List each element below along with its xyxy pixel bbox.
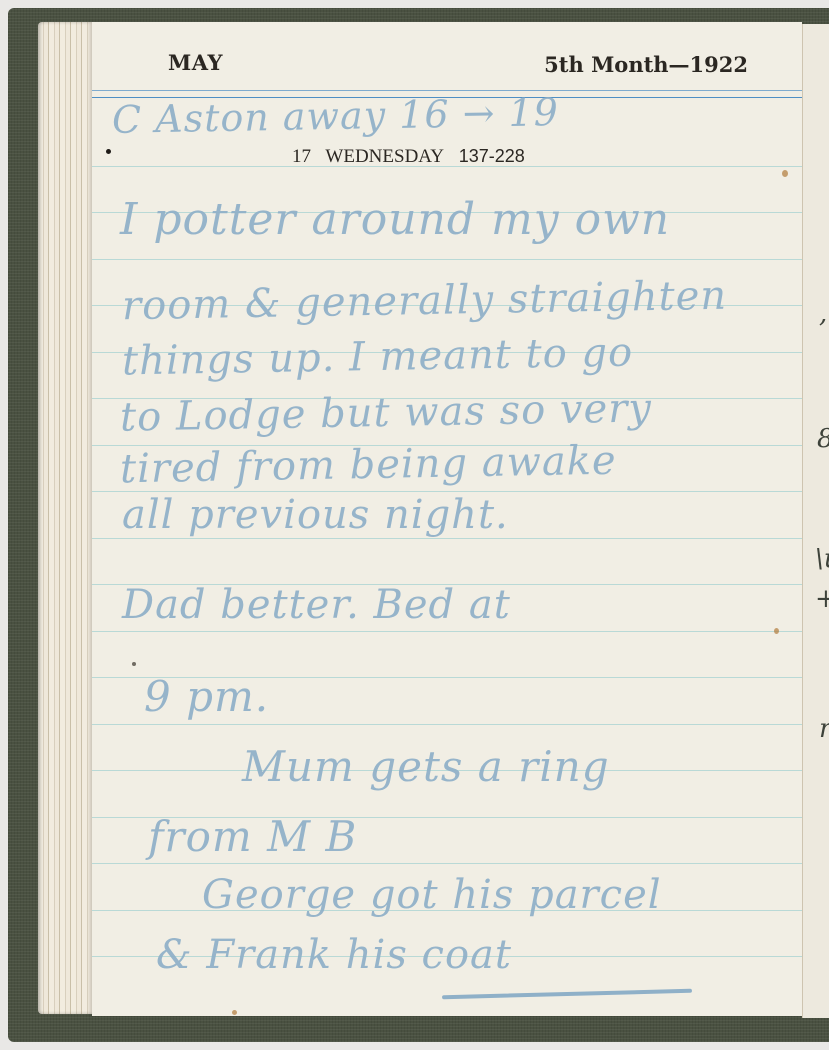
handwritten-line: 9 pm.: [144, 672, 269, 721]
foxing-spot: [232, 1010, 237, 1015]
handwritten-line: tired from being awake: [120, 438, 617, 493]
day-heading: 17 WEDNESDAY 137-228: [292, 146, 535, 168]
handwritten-line: to Lodge but was so very: [120, 385, 653, 440]
day-weekday: WEDNESDAY: [325, 146, 444, 167]
handwritten-line: all previous night.: [122, 492, 509, 538]
handwritten-line: from M B: [148, 812, 357, 861]
day-of-year-range: 137-228: [459, 146, 525, 166]
handwritten-line: C Aston away 16 → 19: [112, 90, 560, 142]
day-number: 17: [292, 146, 311, 167]
next-page-handwriting: \u2014: [815, 544, 829, 574]
handwritten-line: things up. I meant to go: [122, 330, 634, 385]
bullet-dot: [106, 149, 111, 154]
handwritten-underline: [442, 989, 692, 1000]
ruled-line: [92, 538, 802, 539]
foxing-spot: [774, 628, 779, 634]
ruled-line: [92, 259, 802, 260]
next-page-handwriting: 8: [817, 424, 829, 454]
handwritten-line: room & generally straighten: [122, 273, 728, 330]
foxing-spot: [782, 170, 788, 177]
handwritten-line: George got his parcel: [202, 872, 662, 918]
month-info: 5th Month—1922: [544, 52, 748, 77]
handwritten-line: & Frank his coat: [156, 932, 512, 978]
ruled-line: [92, 724, 802, 725]
header-rule: [92, 90, 802, 91]
handwritten-line: I potter around my own: [120, 194, 670, 245]
ruled-line: [92, 166, 802, 167]
diary-page: MAY 5th Month—1922 17 WEDNESDAY 137-228 …: [92, 22, 802, 1016]
ruled-line: [92, 863, 802, 864]
next-page-handwriting: r: [819, 714, 829, 744]
month-label: MAY: [168, 50, 223, 75]
foxing-spot: [132, 662, 136, 666]
next-page-handwriting: +: [815, 584, 829, 614]
ruled-line: [92, 631, 802, 632]
next-page-handwriting: ,: [819, 299, 827, 329]
handwritten-line: Dad better. Bed at: [122, 582, 511, 628]
next-page-edge: , 8 \u2014 + r: [802, 24, 829, 1018]
handwritten-line: Mum gets a ring: [242, 742, 610, 791]
